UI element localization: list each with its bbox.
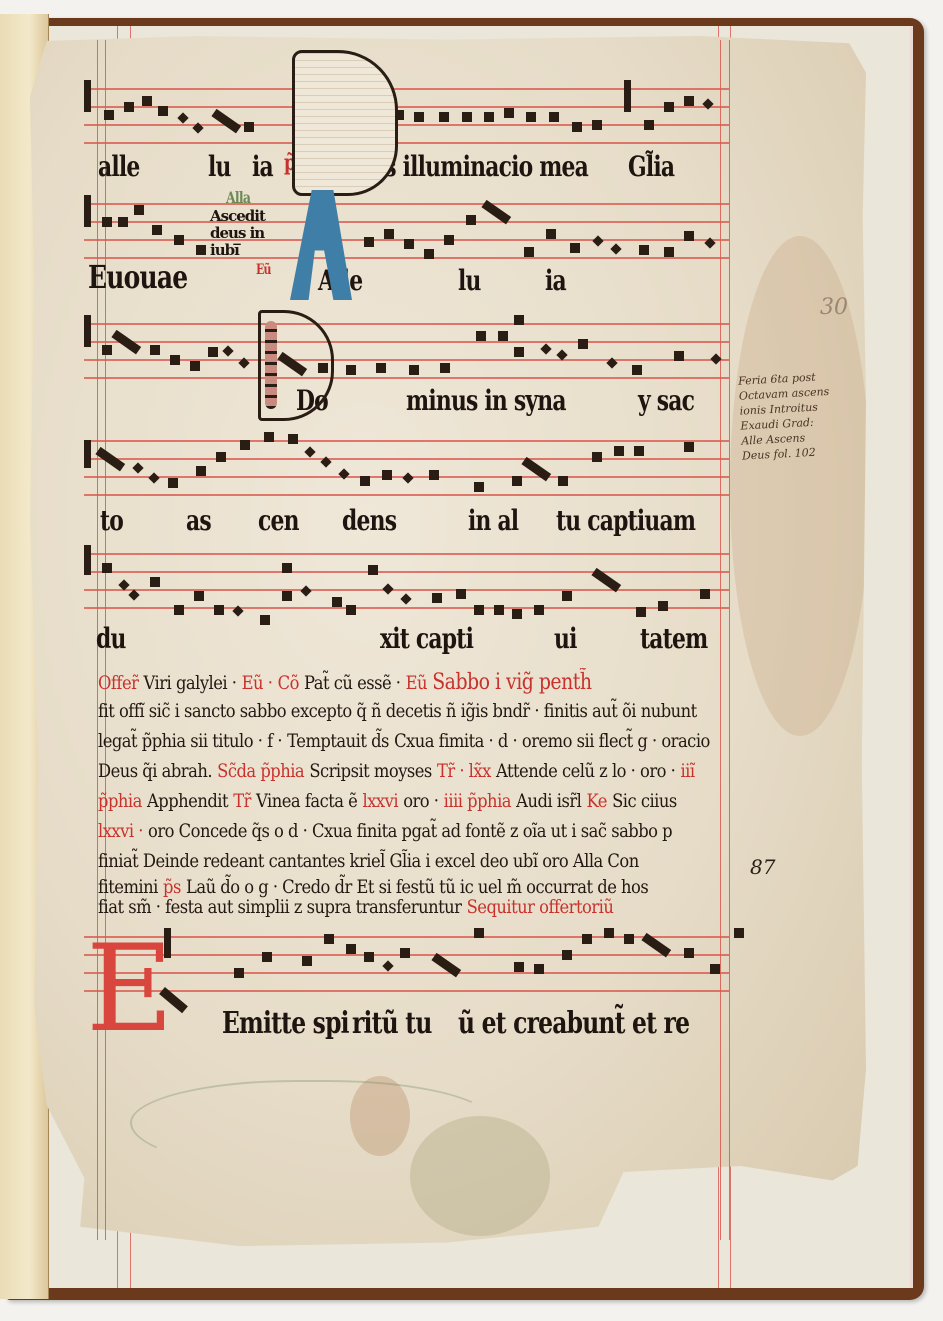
- staff-1: [84, 80, 729, 150]
- lyric: Euouae: [88, 258, 187, 296]
- lyric: ui: [554, 622, 577, 655]
- lyric: to: [100, 504, 123, 537]
- lyric: Emitte spi: [222, 1006, 349, 1041]
- text-line-7: finiat̃ Deinde redeant cantantes kriel̃ …: [98, 850, 644, 872]
- lyric: tatem: [640, 622, 707, 655]
- lyric: minus in syna: [406, 384, 566, 417]
- incipit-ascendit: Ascedit deus in iubi̅: [210, 208, 280, 259]
- lyric: tu captiuam: [556, 504, 695, 537]
- lyric: as: [186, 504, 211, 537]
- text-line-1: Offer̃Viri galylei ·Eũ ·CõPat̃ cũ ess…: [98, 670, 597, 695]
- lyric: xit capti: [380, 622, 473, 655]
- lyric: in al: [468, 504, 518, 537]
- lyric: ia: [252, 150, 273, 183]
- lyric: ritũ tu: [352, 1006, 432, 1041]
- lyric: cen: [258, 504, 299, 537]
- staff-6: [84, 928, 729, 998]
- lyric: y sac: [638, 384, 694, 417]
- text-line-5: p̃phiaApphenditTr̃Vinea facta ẽlxxvioro…: [98, 790, 682, 812]
- lyric: ia: [545, 264, 566, 297]
- lyric: alle: [98, 150, 140, 183]
- text-line-3: legat̃ p̃phia sii titulo · f ·Temptauit …: [98, 730, 715, 752]
- folio-number: 87: [750, 855, 775, 879]
- margin-rule-right: [729, 40, 730, 1240]
- lyric: Gl̃ia: [628, 150, 674, 183]
- lyric: lu: [458, 264, 481, 297]
- text-line-9: fiat sm̃ · festa aut simplii z supra tra…: [98, 896, 619, 918]
- clef: [84, 80, 91, 112]
- staff-5: [84, 545, 729, 615]
- text-line-2: fit offĩ sic̃ i sancto sabbo excepto q̃…: [98, 700, 702, 722]
- text-line-4: Deus q̃i abrah.Sc̃da p̃phiaScripsit moys…: [98, 760, 700, 782]
- pencil-number: 30: [820, 295, 848, 320]
- green-initial-alla: Alla: [226, 188, 250, 207]
- staff-4: [84, 432, 729, 502]
- marginal-note: Feria 6ta post Octavam ascens ionis Intr…: [738, 366, 883, 463]
- lyric: lu: [208, 150, 231, 183]
- staff-2: [84, 195, 729, 265]
- decorated-initial-D: [292, 50, 398, 196]
- text-line-8: fiteminip̃sLaũ d̃o o g · Credo d̃r Et s…: [98, 876, 653, 898]
- lyric: ũ et creabunt̃ et re: [458, 1006, 689, 1041]
- rubric-euouae: Eũ: [256, 262, 271, 278]
- lyric: du: [96, 622, 126, 655]
- lyric: dens: [342, 504, 396, 537]
- staff-3: [84, 315, 729, 385]
- text-line-6: lxxvi ·oro Concede q̃s o d · Cxua finita…: [98, 820, 677, 842]
- decorated-initial-E-red: E: [86, 930, 174, 1050]
